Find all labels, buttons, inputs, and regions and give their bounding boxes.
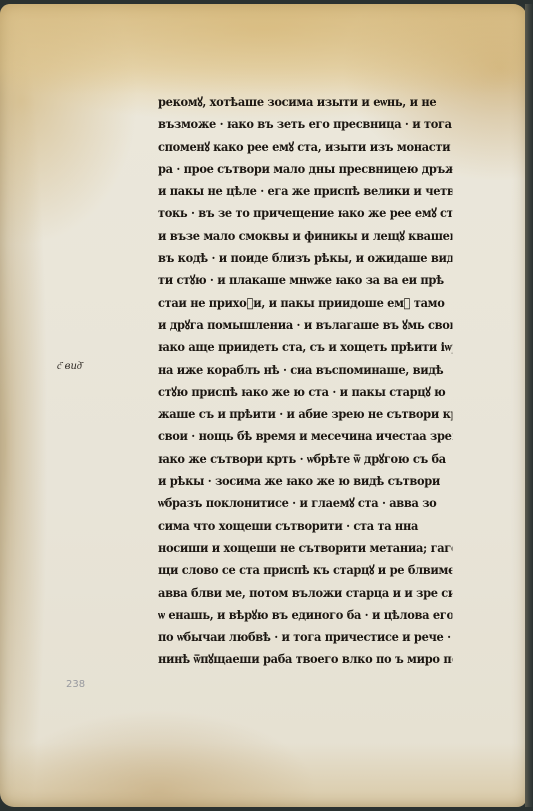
text-line: и възе мало смоквы и финикы и лещꙋ кваше… bbox=[158, 225, 452, 247]
text-line: възможе · ꙗко въ зеть его пресвница · и … bbox=[158, 113, 452, 135]
text-line: сима что хощеши сътворити · ста та нна bbox=[158, 515, 452, 537]
water-stain bbox=[0, 4, 527, 94]
text-line: въ кодѣ · и поиде близъ рѣкы, и ожидаше … bbox=[158, 247, 452, 269]
text-line: ѡбразъ поклонитисе · и глаемꙋ ста · авва… bbox=[158, 492, 452, 514]
text-line: ꙗко аще приидеть ста, съ и хощеть прѣити… bbox=[158, 336, 452, 358]
text-line: свои · нощь бѣ время и месечина ичестаа … bbox=[158, 425, 452, 447]
text-line: стꙋю приспѣ ꙗко же ю ста · и пакы старцꙋ… bbox=[158, 381, 452, 403]
text-line: по ѡбычаи любвѣ · и тога причестисе и ре… bbox=[158, 626, 452, 648]
text-line: стаи не прихоⷣи, и пакы приидоше емꙋ там… bbox=[158, 292, 452, 314]
text-line: носиши и хощеши не сътворити метаниа; га… bbox=[158, 537, 452, 559]
text-line: и пакы не цѣле · ега же приспѣ велики и … bbox=[158, 180, 452, 202]
marginal-note: с҃ вид҃ bbox=[57, 361, 82, 372]
text-line: ти стꙋю · и плакаше мнѡже ꙗко за ва еи п… bbox=[158, 269, 452, 291]
text-line: ꙗко же сътвори крть · ѡбрѣте ѿ дрꙋгою съ… bbox=[158, 448, 452, 470]
folio-number: 238 bbox=[66, 679, 85, 690]
book-spine-edge bbox=[525, 4, 533, 807]
text-line-last: нинѣ ѿпꙋщаеши раба твоего влко по ъ миро… bbox=[158, 648, 452, 670]
text-line: щи слово се ста приспѣ къ старцꙋ и ре бл… bbox=[158, 559, 452, 581]
text-block: рекомꙋ, хотѣаше зосима изыти и еѡнь, и н… bbox=[158, 91, 478, 671]
text-line: споменꙋ како рее емꙋ ста, изыти изъ мона… bbox=[158, 136, 452, 158]
text-line: и дрꙋга помышлениа · и вълагаше въ ꙋмь с… bbox=[158, 314, 452, 336]
text-line: жаше съ и прѣити · и абие зрею не сътвор… bbox=[158, 403, 452, 425]
text-line: ра · прое сътвори мало дны пресвницею др… bbox=[158, 158, 452, 180]
text-line: авва блви ме, потом въложи старца и и зр… bbox=[158, 582, 452, 604]
text-line: токь · въ зе то причещение ꙗко же рее ем… bbox=[158, 202, 452, 224]
manuscript-page: с҃ вид҃ рекомꙋ, хотѣаше зосима изыти и е… bbox=[0, 4, 527, 807]
text-line: и рѣкы · зосима же ꙗко же ю видѣ сътвори bbox=[158, 470, 452, 492]
text-line: ѡ енашь, и вѣрꙋю въ единого ба · и цѣлов… bbox=[158, 604, 452, 626]
text-line: рекомꙋ, хотѣаше зосима изыти и еѡнь, и н… bbox=[158, 91, 452, 113]
text-line: на иже кораблъ нѣ · сиа въспоминаше, вид… bbox=[158, 359, 452, 381]
